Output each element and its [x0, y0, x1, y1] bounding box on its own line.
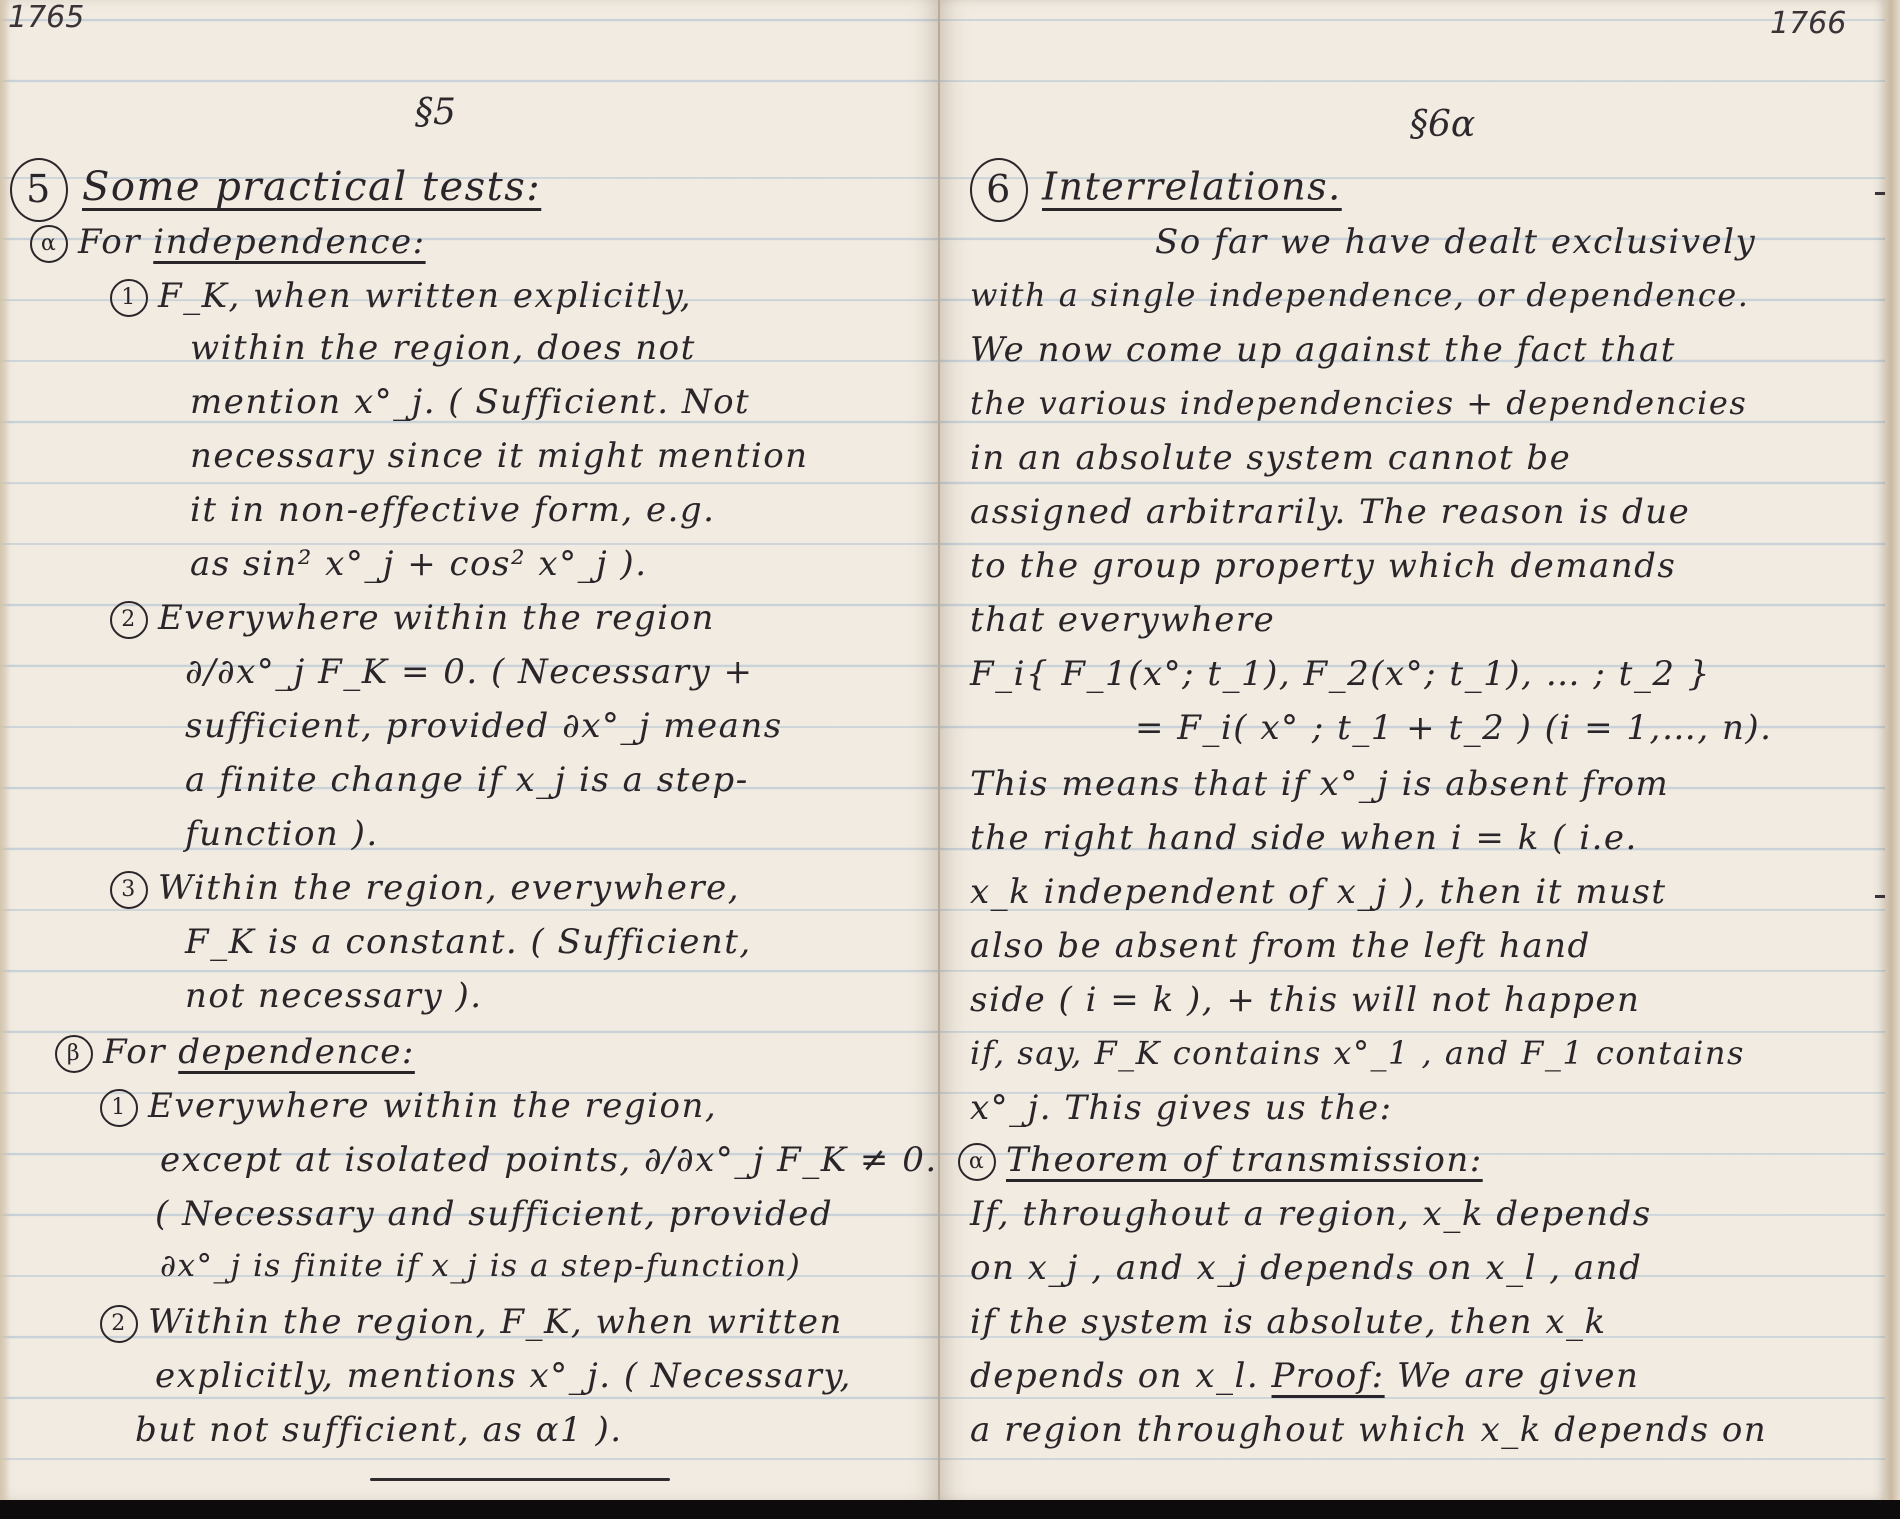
circled-marker: 1 [100, 1089, 138, 1127]
text-line: ∂x°_j is finite if x_j is a step-functio… [160, 1248, 801, 1284]
text-line: a finite change if x_j is a step- [185, 760, 749, 800]
theorem-heading: αTheorem of transmission: [958, 1140, 1483, 1181]
circled-marker: α [30, 225, 68, 263]
circled-marker: 3 [110, 871, 148, 909]
page-edge [0, 0, 10, 1500]
text-line: with a single independence, or dependenc… [970, 276, 1749, 314]
text-line: if the system is absolute, then x_k [970, 1302, 1607, 1342]
text-line: the various independencies + dependencie… [970, 384, 1747, 422]
text-line: not necessary ). [185, 976, 483, 1016]
circled-number: 5 [10, 158, 68, 222]
text-line: to the group property which demands [970, 546, 1676, 586]
text-line: if, say, F_K contains x°_1 , and F_1 con… [970, 1034, 1745, 1072]
list-item: 2Within the region, F_K, when written [100, 1302, 843, 1343]
section-mark: §6α [1410, 104, 1475, 145]
right-page: 1766 §6α 6Interrelations. So far we have… [940, 0, 1885, 1500]
text-line: We now come up against the fact that [970, 330, 1676, 370]
circled-number: 6 [970, 158, 1028, 222]
list-item: 2Everywhere within the region [110, 598, 715, 639]
text-line: within the region, does not [190, 328, 696, 368]
text-line: F_K is a constant. ( Sufficient, [185, 922, 752, 962]
text-line: explicitly, mentions x°_j. ( Necessary, [155, 1356, 852, 1396]
equation-line: ∂/∂x°_j F_K = 0. ( Necessary + [185, 652, 754, 692]
margin-mark [1875, 192, 1885, 195]
text-line: on x_j , and x_j depends on x_l , and [970, 1248, 1642, 1288]
circled-marker: α [958, 1143, 996, 1181]
page-edge [1885, 0, 1900, 1500]
text-line: x°_j. This gives us the: [970, 1088, 1393, 1128]
text-line: This means that if x°_j is absent from [970, 764, 1669, 804]
text-line: a region throughout which x_k depends on [970, 1410, 1767, 1450]
text-line: in an absolute system cannot be [970, 438, 1571, 478]
text-line: it in non-effective form, e.g. [190, 490, 715, 530]
text-line: depends on x_l. Proof: We are given [970, 1356, 1639, 1396]
text-line: except at isolated points, ∂/∂x°_j F_K ≠… [160, 1140, 938, 1180]
text-line: as sin² x°_j + cos² x°_j ). [190, 544, 648, 584]
heading-title: Interrelations. [1042, 165, 1342, 209]
equation-line: F_i{ F_1(x°; t_1), F_2(x°; t_1), … ; t_2… [970, 654, 1711, 694]
text-line: the right hand side when i = k ( i.e. [970, 818, 1638, 858]
notebook-spread: 1765 §5 5Some practical tests: αFor inde… [0, 0, 1900, 1500]
text-line: necessary since it might mention [190, 436, 809, 476]
text-line: mention x°_j. ( Sufficient. Not [190, 382, 750, 422]
list-item: 3Within the region, everywhere, [110, 868, 740, 909]
end-rule [370, 1478, 670, 1481]
section-heading: 6Interrelations. [970, 158, 1342, 222]
circled-marker: 2 [110, 601, 148, 639]
circled-marker: 1 [110, 279, 148, 317]
margin-mark [1875, 895, 1885, 898]
section-heading: 5Some practical tests: [10, 158, 541, 222]
text-line: So far we have dealt exclusively [1155, 222, 1756, 262]
equation-line: = F_i( x° ; t_1 + t_2 ) (i = 1,…, n). [1135, 708, 1772, 748]
proof-label: Proof: [1272, 1356, 1385, 1396]
page-number: 1766 [1770, 6, 1846, 41]
text-line: x_k independent of x_j ), then it must [970, 872, 1667, 912]
text-line: that everywhere [970, 600, 1275, 640]
text-line: assigned arbitrarily. The reason is due [970, 492, 1690, 532]
text-line: If, throughout a region, x_k depends [970, 1194, 1652, 1234]
text-line: but not sufficient, as α1 ). [135, 1410, 623, 1450]
text-line: function ). [185, 814, 379, 854]
left-page: 1765 §5 5Some practical tests: αFor inde… [0, 0, 940, 1500]
heading-title: Some practical tests: [82, 164, 541, 210]
section-mark: §5 [415, 92, 456, 133]
list-item: 1F_K, when written explicitly, [110, 276, 692, 317]
text-line: sufficient, provided ∂x°_j means [185, 706, 783, 746]
circled-marker: 2 [100, 1305, 138, 1343]
page-number: 1765 [8, 0, 84, 35]
list-item: 1Everywhere within the region, [100, 1086, 717, 1127]
text-line: also be absent from the left hand [970, 926, 1591, 966]
subheading-beta: βFor dependence: [55, 1032, 415, 1073]
subheading-alpha: αFor independence: [30, 222, 426, 263]
circled-marker: β [55, 1035, 93, 1073]
text-line: side ( i = k ), + this will not happen [970, 980, 1640, 1020]
text-line: ( Necessary and sufficient, provided [155, 1194, 833, 1234]
